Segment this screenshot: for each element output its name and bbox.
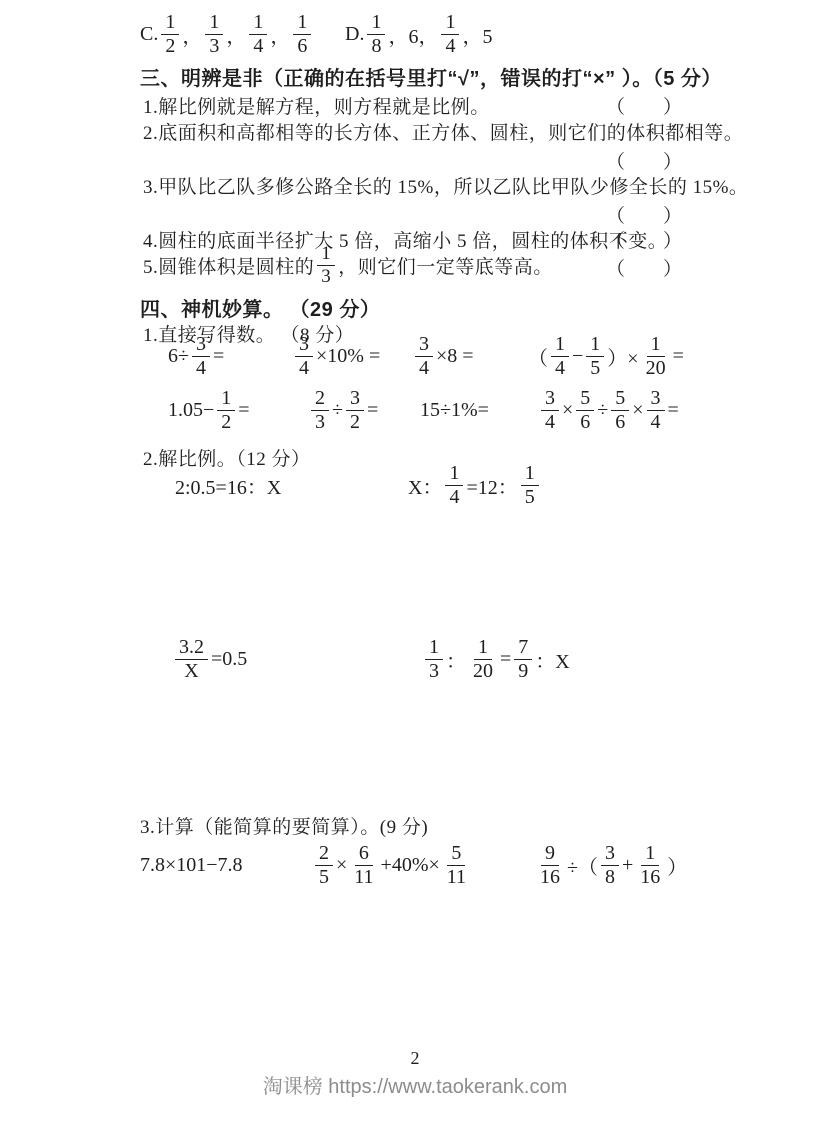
fraction: 611 bbox=[350, 842, 377, 889]
document-page: C.12，13，14，16 D.18，6，14，5 三、明辨是非（正确的在括号里… bbox=[0, 0, 830, 1122]
expression: X：14=12：15 bbox=[408, 460, 542, 510]
page-number: 2 bbox=[0, 1048, 830, 1069]
fraction: 16 bbox=[293, 11, 311, 58]
fraction: 14 bbox=[551, 333, 569, 380]
proportion-row-1: 2:0.5=16：X X：14=12：15 bbox=[0, 460, 830, 510]
fraction: 15 bbox=[521, 462, 539, 509]
direct-computation-row-1: 6÷34 = 34×10% = 34×8 = （14−15）×120= bbox=[0, 332, 830, 380]
fraction: 120 bbox=[642, 333, 670, 380]
section-3-heading: 三、明辨是非（正确的在括号里打“√”，错误的打“×” ）。（5 分） bbox=[140, 62, 722, 91]
fraction: 56 bbox=[611, 387, 629, 434]
expression: 23÷32 = bbox=[308, 386, 378, 434]
expression: 34×8 = bbox=[412, 332, 474, 380]
option-d: D.18，6，14，5 bbox=[345, 10, 492, 58]
calculation-row: 7.8×101−7.8 25×611+40%×511 916÷（38+116） bbox=[0, 834, 830, 896]
tf-item-3: 3.甲队比乙队多修公路全长的 15%，所以乙队比甲队少修全长的 15%。 bbox=[143, 172, 748, 199]
footer-site-text: 淘课榜 https://www.taokerank.com bbox=[0, 1070, 830, 1099]
fraction: 34 bbox=[192, 333, 210, 380]
fraction: 34 bbox=[541, 387, 559, 434]
fraction: 14 bbox=[249, 11, 267, 58]
answer-bracket-3: （ ） bbox=[606, 201, 682, 228]
expression: 25×611+40%×511 bbox=[312, 834, 473, 896]
section-4-heading: 四、神机妙算。 （29 分） bbox=[140, 293, 380, 322]
fraction: 34 bbox=[295, 333, 313, 380]
fraction: 34 bbox=[415, 333, 433, 380]
answer-bracket-5: （ ） bbox=[606, 254, 682, 281]
fraction: 38 bbox=[601, 842, 619, 889]
fraction: 15 bbox=[586, 333, 604, 380]
fraction: 120 bbox=[469, 636, 497, 683]
expression: 34×56÷56×34= bbox=[538, 386, 679, 434]
fraction: 12 bbox=[161, 11, 179, 58]
expression: 1.05−12 = bbox=[168, 386, 250, 434]
fraction: 3.2X bbox=[175, 636, 208, 683]
fraction: 34 bbox=[647, 387, 665, 434]
expression: 916÷（38+116） bbox=[533, 834, 687, 896]
answer-bracket-4: （ ） bbox=[606, 226, 682, 253]
expression: 7.8×101−7.8 bbox=[140, 834, 243, 896]
fraction: 511 bbox=[443, 842, 470, 889]
direct-computation-row-2: 1.05−12 = 23÷32 = 15÷1%= 34×56÷56×34= bbox=[0, 386, 830, 434]
fraction: 12 bbox=[217, 387, 235, 434]
proportion-row-2: 3.2X=0.5 13：120= 79：X bbox=[0, 628, 830, 690]
fraction: 116 bbox=[636, 842, 664, 889]
tf-item-5: 5.圆锥体积是圆柱的13，则它们一定等底等高。 bbox=[143, 242, 553, 288]
answer-bracket-1: （ ） bbox=[606, 92, 682, 119]
fraction: 13 bbox=[205, 11, 223, 58]
tf-item-2: 2.底面积和高都相等的长方体、正方体、圆柱，则它们的体积都相等。 bbox=[143, 118, 743, 145]
fraction: 23 bbox=[311, 387, 329, 434]
expression: （14−15）×120= bbox=[528, 332, 684, 380]
fraction: 13 bbox=[425, 636, 443, 683]
fraction: 79 bbox=[514, 636, 532, 683]
expression: 3.2X=0.5 bbox=[172, 628, 247, 690]
option-row: C.12，13，14，16 D.18，6，14，5 bbox=[0, 10, 830, 58]
fraction: 18 bbox=[367, 11, 385, 58]
expression: 13：120= 79：X bbox=[422, 628, 570, 690]
expression: 15÷1%= bbox=[420, 386, 489, 434]
fraction: 13 bbox=[317, 243, 335, 288]
expression: 6÷34 = bbox=[168, 332, 224, 380]
tf-item-1: 1.解比例就是解方程，则方程就是比例。 bbox=[143, 92, 490, 119]
fraction: 56 bbox=[576, 387, 594, 434]
fraction: 916 bbox=[536, 842, 564, 889]
expression: 34×10% = bbox=[292, 332, 380, 380]
fraction: 32 bbox=[346, 387, 364, 434]
fraction: 14 bbox=[441, 11, 459, 58]
fraction: 14 bbox=[445, 462, 463, 509]
answer-bracket-2: （ ） bbox=[606, 147, 682, 174]
fraction: 25 bbox=[315, 842, 333, 889]
expression: 2:0.5=16：X bbox=[175, 460, 281, 510]
option-c: C.12，13，14，16 bbox=[140, 10, 314, 58]
